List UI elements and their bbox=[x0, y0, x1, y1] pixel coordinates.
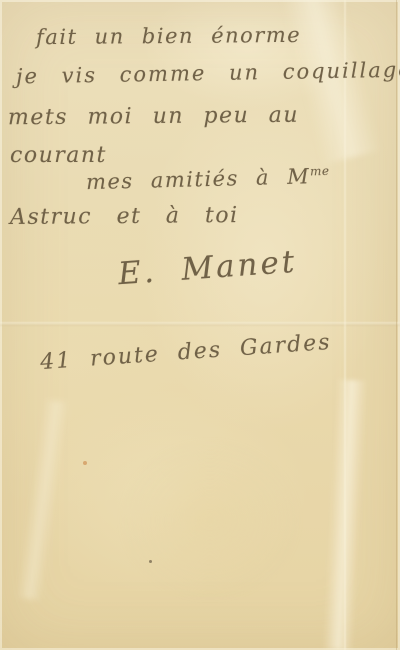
horizontal-fold-crease bbox=[0, 322, 400, 326]
ink-speck bbox=[149, 560, 152, 563]
paper-right-edge bbox=[396, 0, 397, 650]
signature: E. Manet bbox=[117, 244, 298, 292]
letter-line-6: Astruc et à toi bbox=[10, 203, 239, 230]
paper-stain bbox=[120, 440, 300, 600]
paper-streak-left bbox=[16, 399, 70, 601]
letter-line-5-superscript: me bbox=[310, 164, 330, 179]
letter-line-1: fait un bien énorme bbox=[36, 23, 301, 49]
letter-page: fait un bien énorme je vis comme un coqu… bbox=[0, 0, 400, 650]
rust-speck bbox=[83, 461, 87, 465]
letter-line-5-text: mes amitiés à M bbox=[86, 164, 311, 194]
vertical-fold-crease bbox=[344, 0, 346, 650]
address-line: 41 route des Gardes bbox=[39, 330, 332, 375]
letter-line-3: mets moi un peu au bbox=[8, 103, 299, 131]
letter-line-4: courant bbox=[10, 143, 107, 168]
letter-line-5: mes amitiés à Mme bbox=[86, 164, 330, 194]
